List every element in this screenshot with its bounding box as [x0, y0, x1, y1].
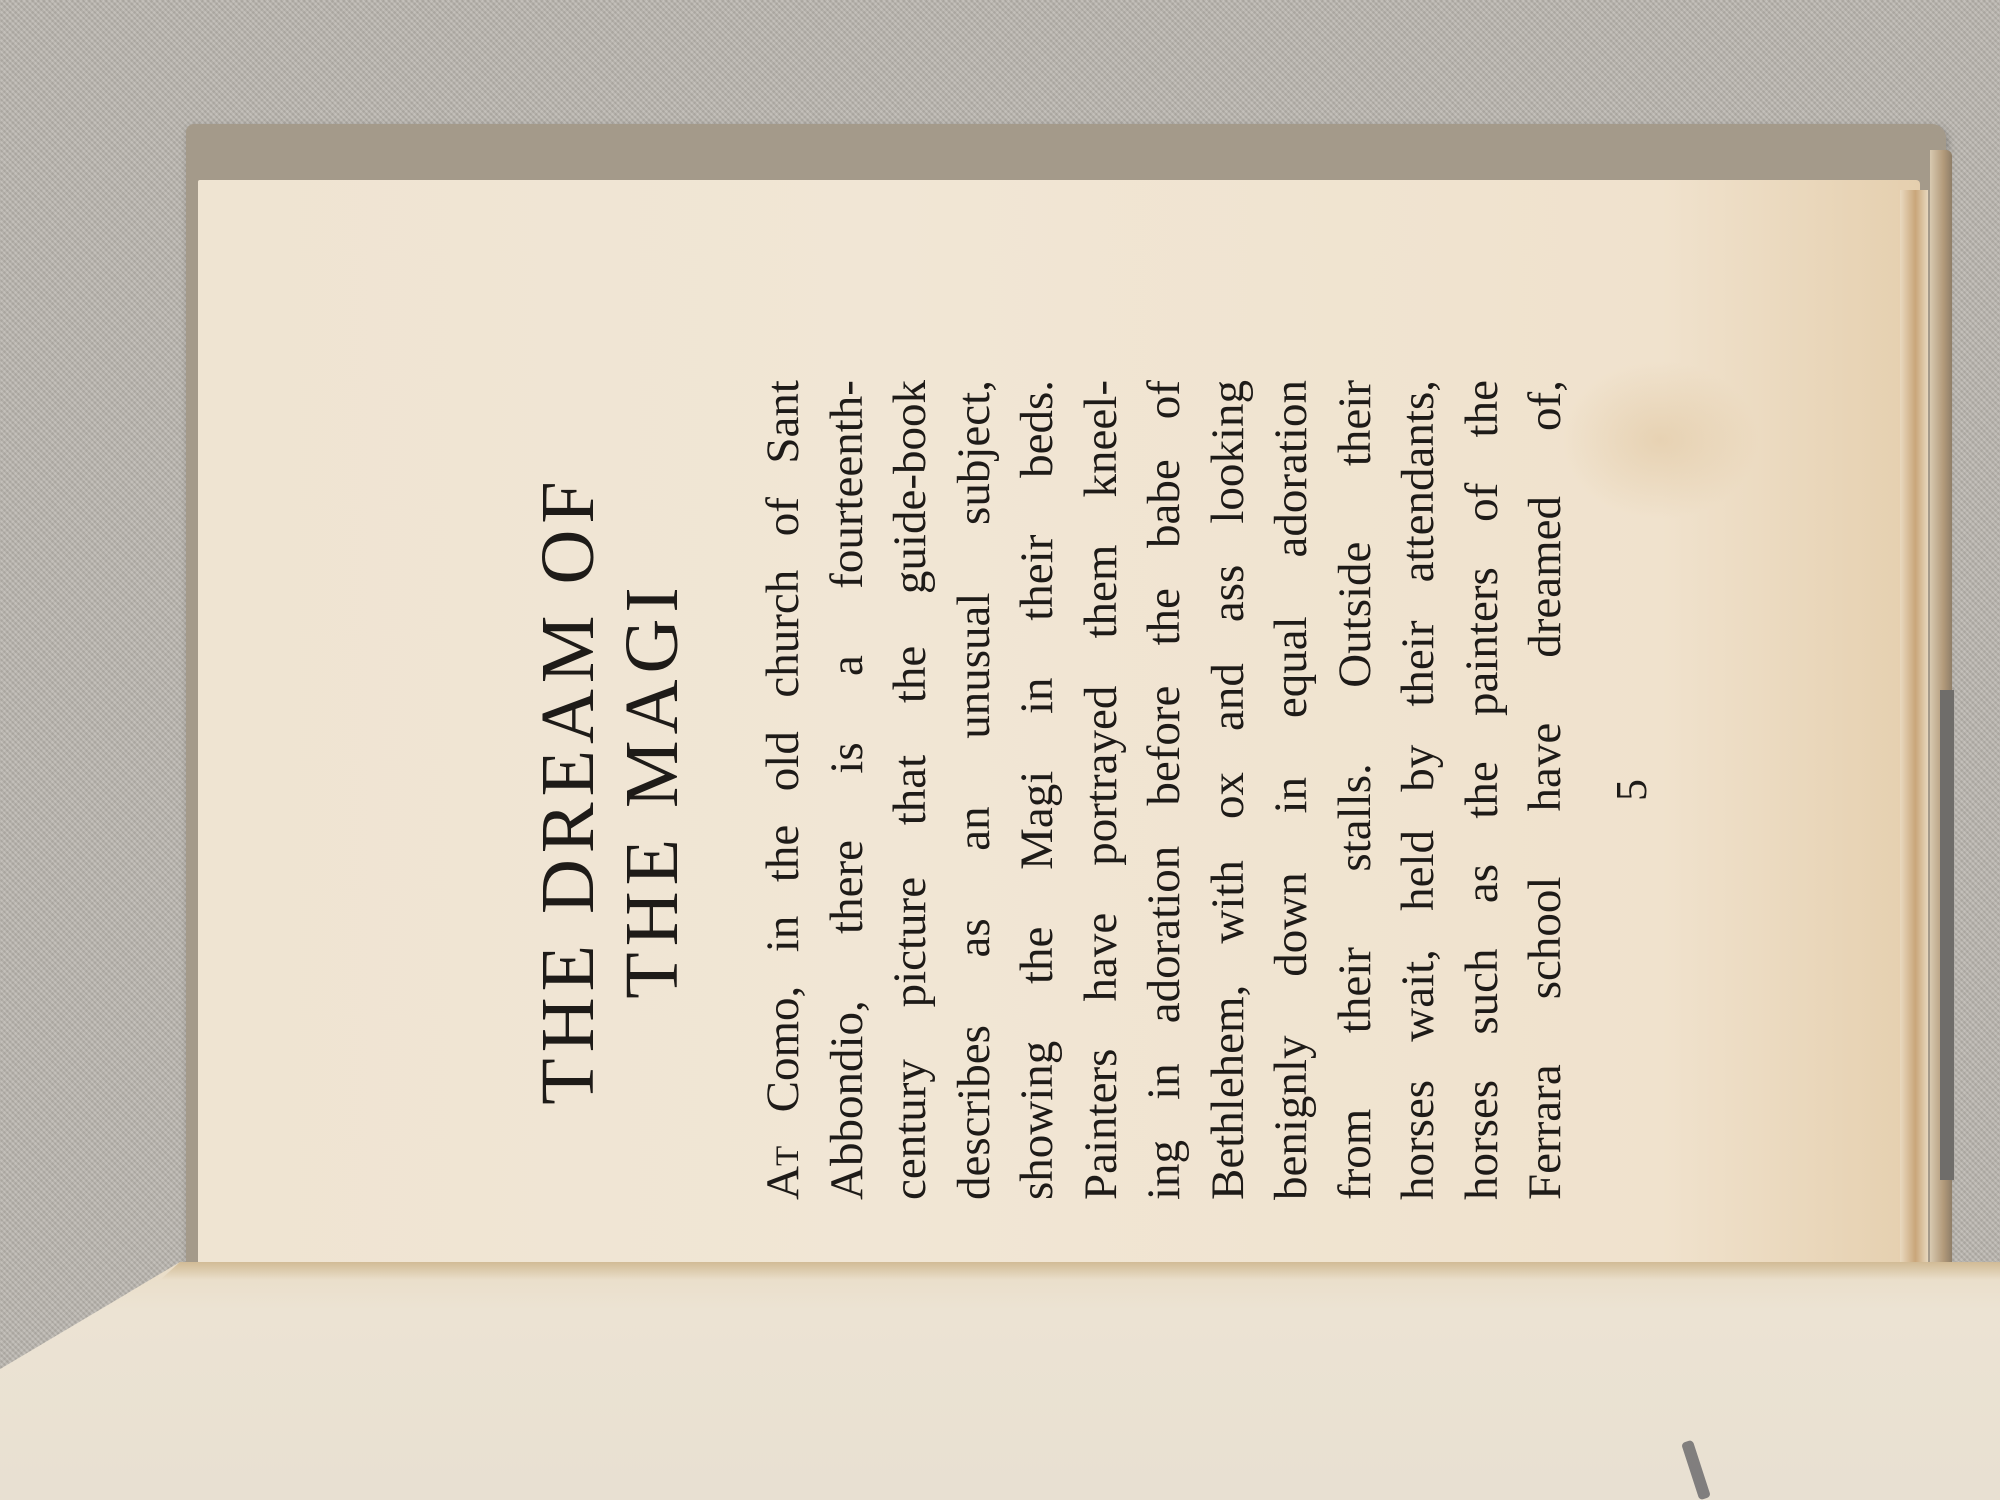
chapter-title-line-2: THE MAGI — [610, 380, 694, 1200]
word: describes — [943, 1025, 1007, 1200]
word: century — [879, 1059, 943, 1200]
word: down — [1260, 872, 1324, 976]
word: Ferrara — [1514, 1064, 1578, 1200]
word: the — [1133, 588, 1197, 645]
word: the — [1006, 927, 1070, 984]
word: adoration — [1133, 846, 1197, 1024]
word: as — [943, 918, 1007, 957]
word: adoration — [1260, 380, 1324, 558]
word: Abbondio, — [816, 1000, 880, 1200]
word: stalls. — [1324, 763, 1388, 871]
word: wait, — [1387, 949, 1451, 1042]
word: have — [1514, 723, 1578, 812]
body-line: Abbondio,thereisafourteenth- — [816, 380, 880, 1200]
word: the — [752, 825, 816, 882]
word: their — [1324, 947, 1388, 1033]
word: old — [752, 731, 816, 791]
word: with — [1197, 860, 1261, 944]
body-line: describesasanunusualsubject, — [943, 380, 1007, 1200]
bookmark-ribbon — [1940, 690, 1954, 1180]
word: the — [1451, 761, 1515, 818]
word: Magi — [1006, 771, 1070, 870]
word: looking — [1197, 380, 1261, 524]
word: their — [1387, 620, 1451, 706]
word: horses — [1451, 1080, 1515, 1200]
word: and — [1197, 663, 1261, 731]
gutter-shadow — [0, 1262, 2000, 1280]
word: such — [1451, 948, 1515, 1034]
word: At — [752, 1146, 816, 1200]
word: church — [752, 570, 816, 698]
word: in — [1260, 777, 1324, 814]
page-text-block: THE DREAM OF THE MAGI AtComo,intheoldchu… — [526, 380, 1646, 1200]
chapter-title-line-1: THE DREAM OF — [526, 380, 610, 1200]
word: equal — [1260, 616, 1324, 718]
word: in — [1133, 1063, 1197, 1100]
word: their — [1324, 380, 1388, 466]
word: in — [1006, 677, 1070, 714]
word: Outside — [1324, 542, 1388, 688]
word: a — [816, 655, 880, 676]
body-line: fromtheirstalls.Outsidetheir — [1324, 380, 1388, 1200]
word: the — [1451, 380, 1515, 437]
body-line: showingtheMagiintheirbeds. — [1006, 380, 1070, 1200]
word: their — [1006, 535, 1070, 621]
body-line: centurypicturethattheguide-book — [879, 380, 943, 1200]
word: of — [1133, 380, 1197, 419]
word: from — [1324, 1109, 1388, 1200]
word: in — [752, 916, 816, 953]
chapter-title: THE DREAM OF THE MAGI — [526, 380, 694, 1200]
body-text: AtComo,intheoldchurchofSant Abbondio,the… — [752, 380, 1578, 1200]
word: ing — [1133, 1140, 1197, 1200]
word: Painters — [1070, 1049, 1134, 1200]
body-line: horsessuchasthepaintersofthe — [1451, 380, 1515, 1200]
word: there — [816, 840, 880, 934]
word: is — [816, 742, 880, 773]
word: of, — [1514, 380, 1578, 431]
word: Sant — [752, 380, 816, 464]
word: school — [1514, 877, 1578, 1000]
body-line: Ferraraschoolhavedreamedof, — [1514, 380, 1578, 1200]
word: have — [1070, 913, 1134, 1002]
word: subject, — [943, 380, 1007, 525]
body-line: Bethlehem,withoxandasslooking — [1197, 380, 1261, 1200]
word: by — [1387, 745, 1451, 792]
body-line: inginadorationbeforethebabeof — [1133, 380, 1197, 1200]
word: held — [1387, 830, 1451, 911]
word: Bethlehem, — [1197, 985, 1261, 1200]
page-fore-edge — [1900, 190, 1928, 1270]
word: the — [879, 646, 943, 703]
body-line: benignlydowninequaladoration — [1260, 380, 1324, 1200]
word: babe — [1133, 459, 1197, 548]
word: of — [1451, 483, 1515, 522]
word: kneel- — [1070, 380, 1134, 497]
word: dreamed — [1514, 496, 1578, 658]
word: painters — [1451, 567, 1515, 716]
word: picture — [879, 877, 943, 1008]
word: ox — [1197, 772, 1261, 819]
word: fourteenth- — [816, 380, 880, 589]
body-line: Paintershaveportrayedthemkneel- — [1070, 380, 1134, 1200]
word: showing — [1006, 1041, 1070, 1200]
word: them — [1070, 545, 1134, 639]
word: an — [943, 806, 1007, 850]
word: that — [879, 755, 943, 825]
word: benignly — [1260, 1036, 1324, 1200]
word: horses — [1387, 1080, 1451, 1200]
page-number: 5 — [1606, 380, 1657, 1200]
body-line: AtComo,intheoldchurchofSant — [752, 380, 816, 1200]
word: as — [1451, 864, 1515, 903]
word: guide-book — [879, 380, 943, 594]
word: portrayed — [1070, 686, 1134, 866]
word: of — [752, 497, 816, 536]
body-line: horseswait,heldbytheirattendants, — [1387, 380, 1451, 1200]
word: before — [1133, 686, 1197, 806]
word: Como, — [752, 986, 816, 1113]
word: beds. — [1006, 380, 1070, 478]
word: ass — [1197, 565, 1261, 622]
word: unusual — [943, 593, 1007, 739]
word: attendants, — [1387, 380, 1451, 582]
